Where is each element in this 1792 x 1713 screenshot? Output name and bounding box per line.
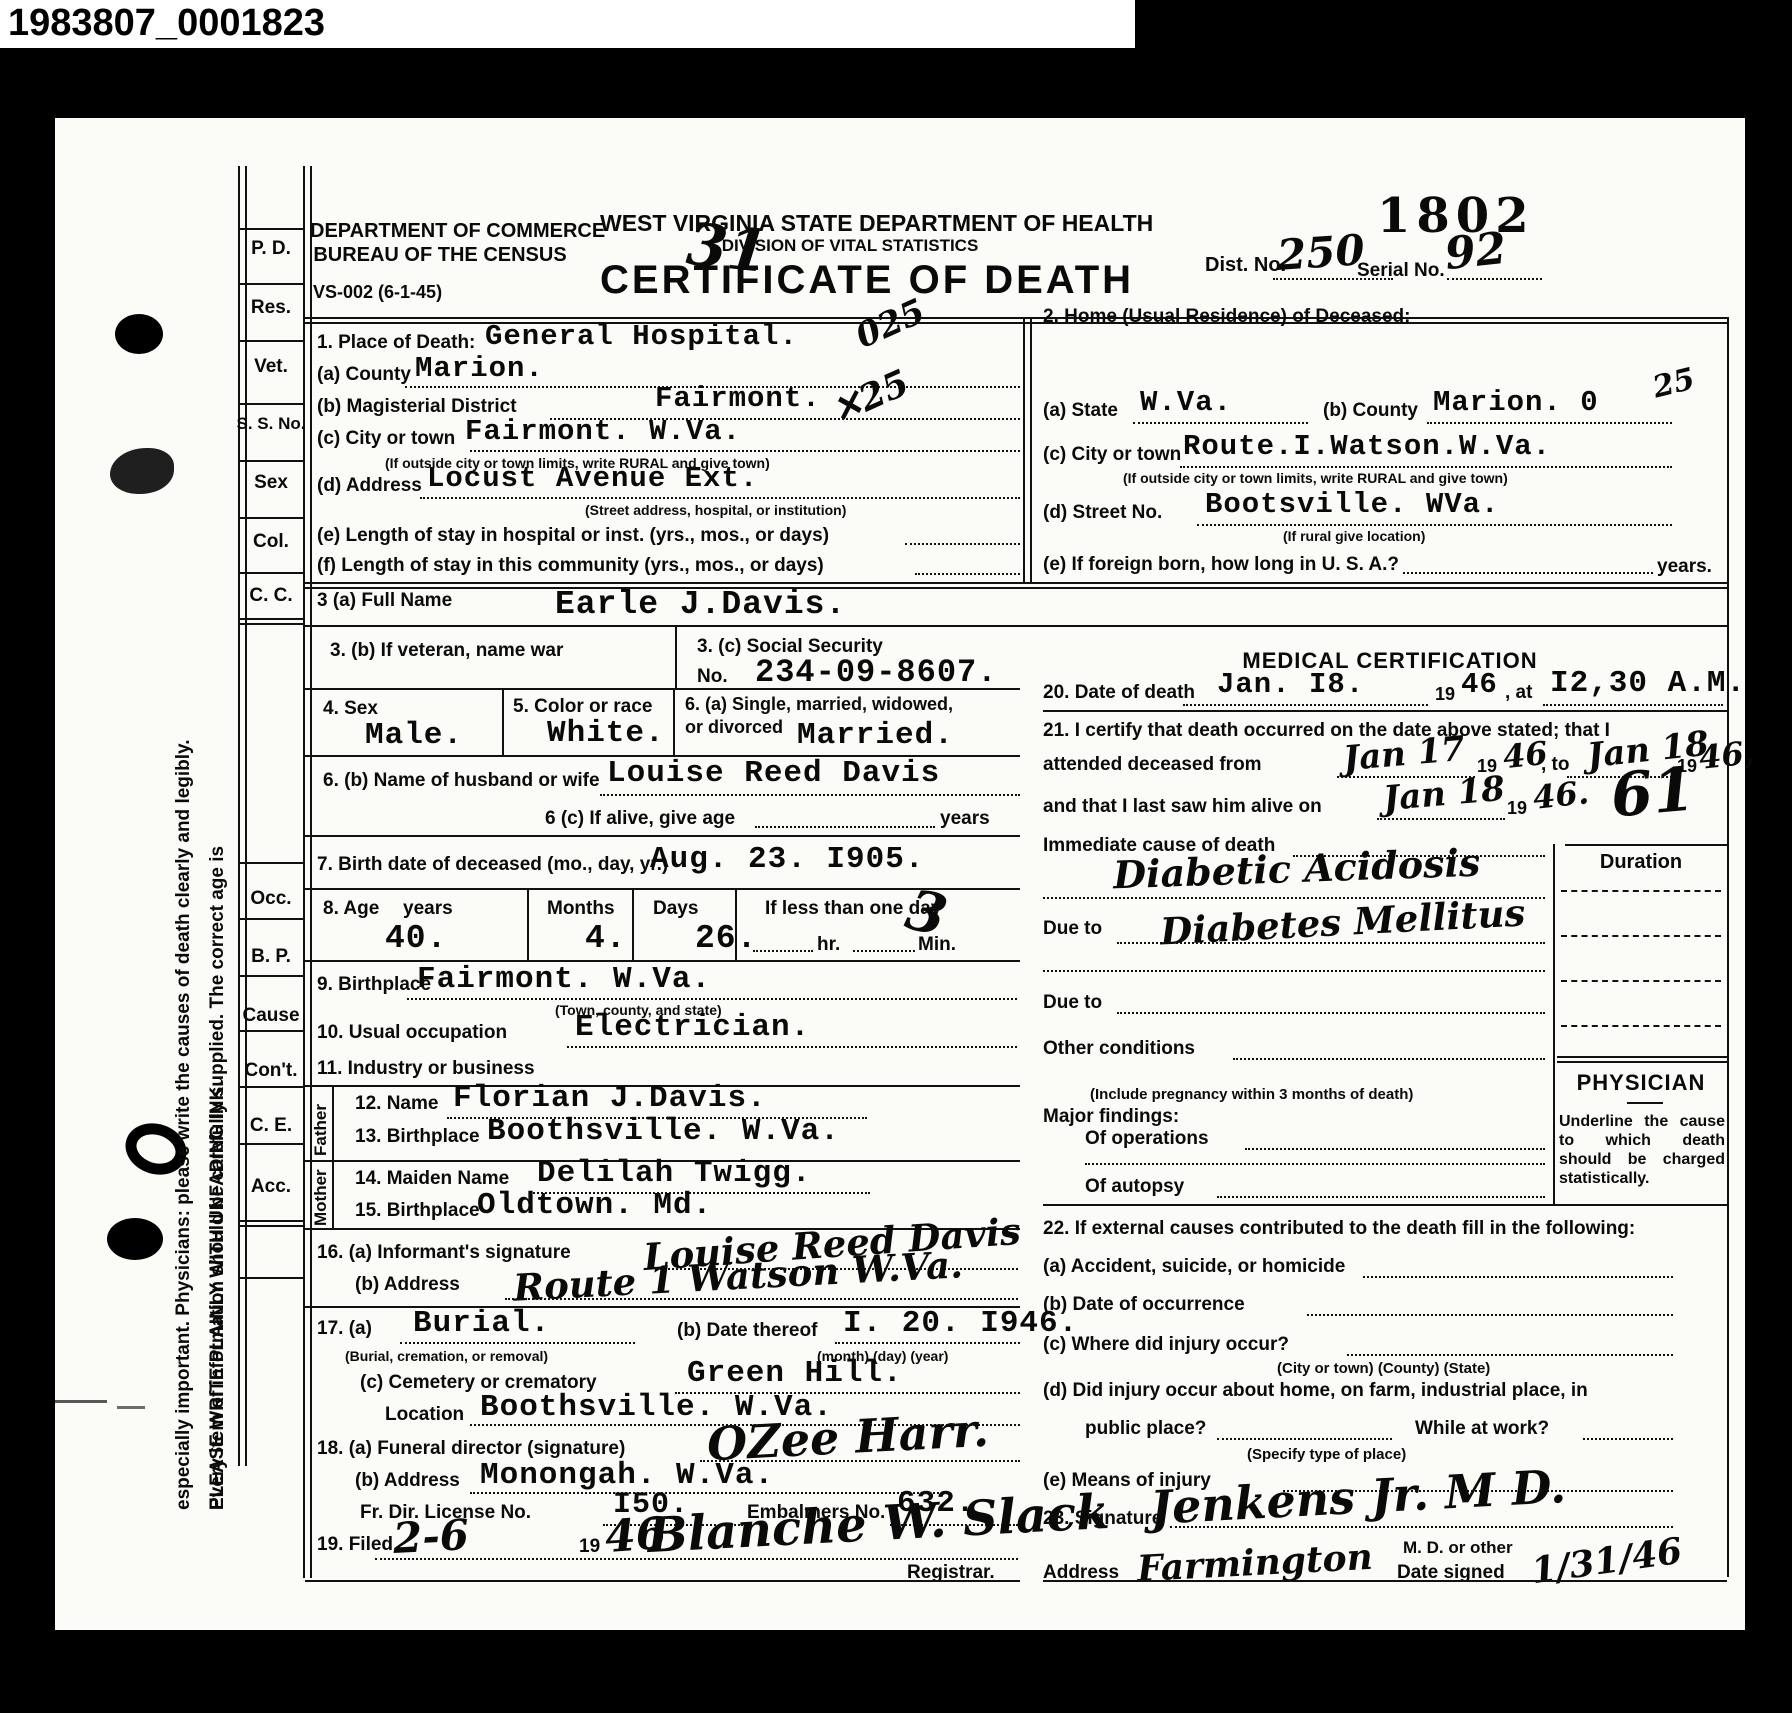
birthdate-label: 7. Birth date of deceased (mo., day, yr.… — [317, 854, 668, 876]
dotted-line — [1233, 1058, 1545, 1060]
dotted-line — [1180, 466, 1672, 468]
duration-box-border — [1553, 844, 1555, 1204]
attended-label: attended deceased from — [1043, 754, 1262, 776]
place-address-note: (Street address, hospital, or institutio… — [585, 502, 846, 518]
home-street-label: (d) Street No. — [1043, 502, 1162, 524]
home-street-note: (If rural give location) — [1283, 528, 1425, 544]
home-county-label: (b) County — [1323, 400, 1418, 422]
stub-label-vet: Vet. — [241, 356, 301, 378]
spouse-label: 6. (b) Name of husband or wife — [323, 770, 600, 792]
hr-label: hr. — [817, 934, 840, 956]
ext-d-note: (Specify type of place) — [1247, 1446, 1406, 1463]
bottom-rule — [1043, 1580, 1727, 1582]
dist-no-value: 250 — [1275, 225, 1366, 280]
sex-value: Male. — [365, 718, 463, 753]
stub-label-cc: C. C. — [241, 585, 301, 607]
scanned-page: 1983807_0001823 PLEASE WRITE PLAINLY WIT… — [0, 0, 1792, 1713]
burial-note: (Burial, cremation, or removal) — [345, 1348, 548, 1364]
division-title: DIVISION OF VITAL STATISTICS — [600, 236, 1100, 256]
alive-age-suffix: years — [940, 808, 990, 830]
handwritten-mark-61: 61 — [1608, 754, 1697, 831]
ssn-no-label: No. — [697, 666, 728, 688]
age-days-label: Days — [653, 898, 698, 920]
ext-c-note: (City or town) (County) (State) — [1277, 1360, 1490, 1377]
date-signed-script: 1/31/46 — [1529, 1530, 1685, 1593]
ext-a-label: (a) Accident, suicide, or homicide — [1043, 1256, 1345, 1278]
stub-rule-double — [240, 1220, 303, 1227]
cell-divider — [527, 888, 529, 960]
dotted-line — [1403, 572, 1653, 574]
race-value: White. — [547, 716, 665, 751]
ssn-value: 234-09-8607. — [755, 654, 997, 691]
margin-instructions-line2: especially important. Physicians: please… — [173, 740, 195, 1511]
place-title: 1. Place of Death: — [317, 332, 475, 354]
handwritten-mark-x25: ✕25 — [825, 361, 915, 432]
race-label: 5. Color or race — [513, 696, 652, 718]
dotted-line — [600, 794, 1020, 796]
dotted-line — [915, 573, 1020, 575]
dotted-line — [1427, 422, 1672, 424]
cemetery-location-label: Location — [385, 1404, 464, 1426]
state-dept-title: WEST VIRGINIA STATE DEPARTMENT OF HEALTH — [600, 210, 1100, 237]
mother-name-label: 14. Maiden Name — [355, 1168, 509, 1190]
foreign-born-label: (e) If foreign born, how long in U. S. A… — [1043, 554, 1399, 576]
home-county-value: Marion. 0 — [1433, 386, 1599, 419]
stub-rule — [240, 1143, 303, 1145]
spouse-value: Louise Reed Davis — [607, 756, 940, 791]
marital-label-1: 6. (a) Single, married, widowed, — [685, 694, 953, 715]
section-divider — [1023, 317, 1032, 582]
occupation-value: Electrician. — [575, 1010, 810, 1045]
age-months-label: Months — [547, 898, 615, 920]
stub-label-ssno: S. S. No. — [235, 414, 307, 434]
duration-dashed-line — [1561, 935, 1721, 937]
funeral-addr-label: (b) Address — [355, 1470, 460, 1492]
father-birthplace-label: 13. Birthplace — [355, 1126, 480, 1148]
sex-label: 4. Sex — [323, 698, 378, 720]
dotted-line — [470, 1492, 950, 1494]
dotted-line — [755, 826, 935, 828]
marital-value: Married. — [797, 718, 954, 753]
marital-label-2: or divorced — [685, 717, 783, 738]
stub-rule — [240, 517, 303, 519]
mother-birthplace-value: Oldtown. Md. — [477, 1188, 712, 1223]
place-address-label: (d) Address — [317, 475, 422, 497]
autopsy-label: Of autopsy — [1085, 1176, 1184, 1198]
dotted-line — [1170, 1526, 1673, 1528]
stay-community-label: (f) Length of stay in this community (yr… — [317, 555, 824, 577]
duration-dashed-line — [1561, 890, 1721, 892]
stub-rule — [240, 975, 303, 977]
mother-name-value: Delilah Twigg. — [537, 1156, 811, 1191]
certificate-title: CERTIFICATE OF DEATH — [600, 258, 1100, 303]
home-title: 2. Home (Usual Residence) of Deceased: — [1043, 306, 1410, 328]
stub-label-occ: Occ. — [241, 888, 301, 910]
home-state-label: (a) State — [1043, 400, 1118, 422]
age-years-value: 40. — [385, 920, 447, 957]
dist-no-line — [1273, 278, 1393, 280]
stub-rule — [240, 1277, 303, 1279]
stub-rule — [240, 283, 303, 285]
dotted-line — [567, 1046, 1017, 1048]
filed-date-handwritten: 2-6 — [392, 1510, 470, 1563]
place-value: General Hospital. — [485, 320, 798, 353]
death-certificate: PLEASE WRITE PLAINLY WITH UNFADING INK. … — [55, 118, 1745, 1630]
birthplace-label: 9. Birthplace — [317, 974, 431, 996]
birthdate-value: Aug. 23. I905. — [650, 842, 924, 877]
father-birthplace-value: Boothsville. W.Va. — [487, 1114, 840, 1149]
last-alive-label: and that I last saw him alive on — [1043, 796, 1322, 818]
home-street-value: Bootsville. WVa. — [1205, 488, 1499, 521]
dotted-line — [420, 497, 1020, 499]
age-days-value: 26. — [695, 920, 757, 957]
place-city-label: (c) City or town — [317, 428, 455, 450]
last-alive-year-printed: 19 — [1507, 798, 1527, 819]
stub-label-pd: P. D. — [241, 238, 301, 260]
stub-rule — [240, 228, 303, 230]
dist-no-label: Dist. No. — [1205, 254, 1286, 277]
informant-sig-label: 16. (a) Informant's signature — [317, 1242, 571, 1264]
home-county-hw-superscript: 25 — [1649, 361, 1698, 405]
stub-label-acc: Acc. — [241, 1176, 301, 1198]
dotted-line — [375, 1558, 1018, 1560]
place-county-value: Marion. — [415, 352, 544, 385]
cell-divider — [502, 688, 504, 755]
stub-rule — [240, 460, 303, 462]
dotted-line — [1117, 942, 1545, 944]
cell-divider — [675, 625, 677, 688]
ext-c-label: (c) Where did injury occur? — [1043, 1334, 1289, 1356]
major-findings-label: Major findings: — [1043, 1106, 1179, 1128]
row-rule — [305, 1580, 1020, 1582]
mother-side-label: Mother — [311, 1169, 331, 1226]
row-rule — [305, 688, 1020, 690]
serial-no-line — [1447, 278, 1542, 280]
full-name-value: Earle J.Davis. — [555, 586, 846, 623]
dotted-line — [407, 998, 1017, 1000]
ext-d-label: (d) Did injury occur about home, on farm… — [1043, 1380, 1588, 1402]
dotted-line — [1197, 524, 1672, 526]
dotted-line — [400, 1342, 635, 1344]
age-label: 8. Age — [323, 898, 379, 920]
operations-label: Of operations — [1085, 1128, 1209, 1150]
duration-dashed-line — [1561, 980, 1721, 982]
death-year-printed: 19 — [1435, 684, 1455, 705]
cell-divider — [735, 888, 737, 960]
dotted-line — [1347, 1354, 1673, 1356]
death-date-value: Jan. I8. — [1217, 668, 1364, 701]
stay-hospital-label: (e) Length of stay in hospital or inst. … — [317, 525, 829, 547]
stub-rule-double — [240, 618, 303, 625]
dotted-line — [1217, 1438, 1392, 1440]
dotted-line — [1543, 704, 1723, 706]
father-name-value: Florian J.Davis. — [453, 1081, 767, 1116]
informant-addr-label: (b) Address — [355, 1274, 460, 1296]
dotted-line — [1133, 422, 1308, 424]
stub-label-cont: Con't. — [241, 1060, 301, 1082]
physician-signature-script: Jenkens Jr. M D. — [1149, 1459, 1567, 1535]
dotted-line — [753, 950, 813, 952]
place-county-label: (a) County — [317, 364, 411, 386]
dept-commerce: DEPARTMENT OF COMMERCE — [310, 220, 570, 243]
age-years-label: years — [403, 898, 453, 920]
form-left-border — [303, 166, 312, 1578]
stub-label-sex: Sex — [241, 472, 301, 494]
dotted-line — [905, 543, 1020, 545]
alive-age-label: 6 (c) If alive, give age — [545, 808, 735, 830]
cell-divider — [673, 688, 675, 755]
mother-birthplace-label: 15. Birthplace — [355, 1200, 480, 1222]
form-code: VS-002 (6-1-45) — [313, 282, 442, 303]
stub-rule — [240, 340, 303, 342]
full-name-label: 3 (a) Full Name — [317, 590, 452, 612]
death-time-value: I2,30 A.M. — [1550, 666, 1746, 701]
row-rule — [305, 625, 1727, 627]
dotted-line — [1217, 1196, 1545, 1198]
external-causes-title: 22. If external causes contributed to th… — [1043, 1218, 1635, 1240]
ext-b-label: (b) Date of occurrence — [1043, 1294, 1245, 1316]
death-year-value: 46 — [1461, 668, 1498, 701]
filed-year-printed: 19 — [579, 1536, 600, 1558]
punch-hole — [107, 1218, 163, 1260]
stub-rule — [240, 1030, 303, 1032]
other-conditions-label: Other conditions — [1043, 1038, 1195, 1060]
duration-label: Duration — [1555, 851, 1727, 874]
parent-divider — [332, 1085, 334, 1228]
birthplace-value: Fairmont. W.Va. — [417, 962, 711, 997]
pregnancy-note: (Include pregnancy within 3 months of de… — [1090, 1086, 1413, 1103]
home-state-value: W.Va. — [1140, 386, 1232, 419]
registrar-signature: Blanche W. Slack — [646, 1484, 1111, 1564]
dotted-line — [505, 1298, 1018, 1300]
duration-dashed-line — [1561, 1025, 1721, 1027]
form-right-border — [1727, 317, 1729, 1577]
burial-value: Burial. — [413, 1306, 550, 1341]
stub-rule — [240, 1086, 303, 1088]
death-date-label: 20. Date of death — [1043, 682, 1195, 704]
magisterial-district-value: Fairmont. — [655, 382, 821, 415]
place-address-value: Locust Avenue Ext. — [427, 462, 758, 495]
funeral-director-label: 18. (a) Funeral director (signature) — [317, 1438, 625, 1460]
dotted-line — [470, 450, 1020, 452]
cemetery-value: Green Hill. — [687, 1356, 903, 1391]
physician-signature-label: 23. Signature — [1043, 1508, 1162, 1530]
death-at-label: , at — [1505, 682, 1532, 704]
burial-date-label: (b) Date thereof — [677, 1320, 817, 1342]
dotted-line — [1245, 1148, 1545, 1150]
bureau-census: BUREAU OF THE CENSUS — [310, 244, 570, 267]
row-rule — [1043, 1204, 1727, 1206]
industry-label: 11. Industry or business — [317, 1058, 535, 1080]
occupation-label: 10. Usual occupation — [317, 1022, 507, 1044]
veteran-label: 3. (b) If veteran, name war — [330, 640, 563, 662]
stub-label-cause: Cause — [241, 1005, 301, 1027]
last-alive-year-hw: 46. — [1531, 773, 1590, 817]
father-name-label: 12. Name — [355, 1093, 438, 1115]
stub-label-bp: B. P. — [241, 946, 301, 968]
dotted-line — [1117, 1012, 1545, 1014]
scan-id: 1983807_0001823 — [8, 2, 325, 45]
stub-rule — [240, 862, 303, 864]
ink-smudge — [110, 448, 174, 494]
attended-to-year-hw: 46, — [1697, 733, 1756, 777]
home-city-label: (c) City or town — [1043, 444, 1181, 466]
duration-box-top — [1565, 844, 1727, 846]
due-to-1-label: Due to — [1043, 918, 1102, 940]
foreign-born-suffix: years. — [1657, 556, 1712, 578]
physician-box-top — [1557, 1056, 1727, 1063]
ext-d-while-at-work-label: While at work? — [1415, 1418, 1549, 1440]
father-side-label: Father — [311, 1104, 331, 1156]
dotted-line — [1085, 1163, 1545, 1165]
serial-no-value: 92 — [1443, 223, 1509, 280]
dotted-line — [835, 1342, 1020, 1344]
due-to-1-handwritten: Diabetes Mellitus — [1159, 890, 1526, 953]
dotted-line — [1363, 1276, 1673, 1278]
stub-label-col: Col. — [241, 531, 301, 553]
physician-title-underline — [1627, 1102, 1663, 1104]
row-rule — [1043, 710, 1727, 712]
md-or-other-label: M. D. or other — [1403, 1538, 1513, 1558]
stub-rule — [240, 572, 303, 574]
dotted-line — [1583, 1438, 1673, 1440]
place-city-value: Fairmont. W.Va. — [465, 415, 741, 448]
home-city-value: Route.I.Watson.W.Va. — [1183, 430, 1551, 463]
dotted-line — [853, 950, 915, 952]
ext-d-public-place-label: public place? — [1085, 1418, 1206, 1440]
stub-label-ce: C. E. — [241, 1115, 301, 1137]
physician-note: Underline the cause to which death shoul… — [1559, 1113, 1725, 1189]
row-rule — [305, 835, 1020, 837]
scan-artifact — [55, 1400, 107, 1403]
scan-id-strip: 1983807_0001823 — [0, 0, 1135, 48]
cell-divider — [632, 888, 634, 960]
dotted-line — [1043, 970, 1545, 972]
due-to-2-label: Due to — [1043, 992, 1102, 1014]
punch-hole — [115, 314, 163, 354]
dotted-line — [1307, 1314, 1673, 1316]
stub-rule — [240, 403, 303, 405]
section-rule — [305, 582, 1727, 589]
stub-rule — [240, 918, 303, 920]
physician-title: PHYSICIAN — [1555, 1070, 1727, 1096]
margin-instructions-rest: Every item of information should be care… — [207, 846, 229, 1510]
stub-label-res: Res. — [241, 297, 301, 319]
filed-label: 19. Filed — [317, 1534, 393, 1556]
burial-label: 17. (a) — [317, 1318, 372, 1340]
age-months-value: 4. — [585, 920, 627, 957]
dotted-line — [1377, 818, 1505, 820]
attended-to-label: , to — [1541, 754, 1570, 776]
home-city-note: (If outside city or town limits, write R… — [1123, 470, 1508, 486]
scan-artifact — [117, 1406, 145, 1409]
dotted-line — [1183, 704, 1428, 706]
